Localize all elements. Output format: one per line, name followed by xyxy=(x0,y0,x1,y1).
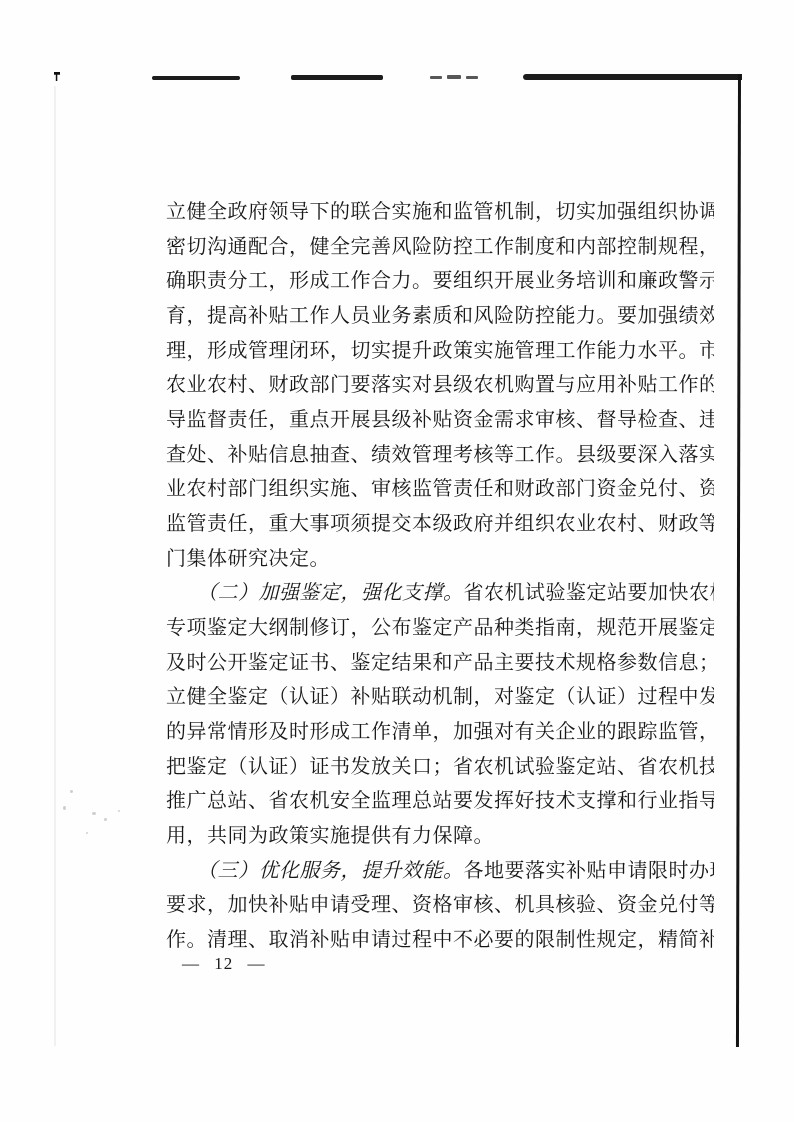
document-body: 立健全政府领导下的联合实施和监管机制，切实加强组织协调，密切沟通配合，健全完善风… xyxy=(166,195,714,958)
text-line: 立健全鉴定（认证）补贴联动机制，对鉴定（认证）过程中发现 xyxy=(166,680,714,715)
text-line: 导监督责任，重点开展县级补贴资金需求审核、督导检查、违规 xyxy=(166,403,714,438)
scan-left-edge-shade xyxy=(54,86,56,1046)
text-line: 用，共同为政策实施提供有力保障。 xyxy=(166,819,714,854)
scanned-document-page: 立健全政府领导下的联合实施和监管机制，切实加强组织协调，密切沟通配合，健全完善风… xyxy=(0,0,794,1122)
text-line: 专项鉴定大纲制修订，公布鉴定产品种类指南，规范开展鉴定， xyxy=(166,611,714,646)
scan-speckle xyxy=(92,812,96,815)
scan-artifact-dash xyxy=(447,75,461,79)
scan-artifact-dash xyxy=(430,76,442,79)
scan-speckle xyxy=(118,810,120,812)
text-line: 理，形成管理闭环，切实提升政策实施管理工作能力水平。市级 xyxy=(166,334,714,369)
text-line: 门集体研究决定。 xyxy=(166,542,714,577)
text-line: 立健全政府领导下的联合实施和监管机制，切实加强组织协调， xyxy=(166,195,714,230)
text-line: 育，提高补贴工作人员业务素质和风险防控能力。要加强绩效管 xyxy=(166,299,714,334)
text-line: 的异常情形及时形成工作清单，加强对有关企业的跟踪监管，严 xyxy=(166,715,714,750)
text-line: 确职责分工，形成工作合力。要组织开展业务培训和廉政警示教 xyxy=(166,264,714,299)
scan-artifact-dash xyxy=(466,76,478,79)
text-line: 农业农村、财政部门要落实对县级农机购置与应用补贴工作的指 xyxy=(166,368,714,403)
text-line: 查处、补贴信息抽查、绩效管理考核等工作。县级要深入落实农 xyxy=(166,438,714,473)
text-line: 监管责任，重大事项须提交本级政府并组织农业农村、财政等部 xyxy=(166,507,714,542)
paragraph-lead: （二）加强鉴定，强化支撑。 xyxy=(197,582,464,604)
scan-speckle xyxy=(70,790,73,793)
text-line: 要求，加快补贴申请受理、资格审核、机具核验、资金兑付等工 xyxy=(166,888,714,923)
text-line: （二）加强鉴定，强化支撑。省农机试验鉴定站要加快农机 xyxy=(166,576,714,611)
text-line: 及时公开鉴定证书、鉴定结果和产品主要技术规格参数信息；建 xyxy=(166,646,714,681)
scan-artifact-bar-middle xyxy=(291,75,383,80)
text-line: 业农村部门组织实施、审核监管责任和财政部门资金兑付、资金 xyxy=(166,472,714,507)
scan-speckle xyxy=(63,806,66,810)
scan-artifact-bar-left xyxy=(152,76,240,80)
page-number: — 12 — xyxy=(182,953,266,975)
scan-corner-mark xyxy=(54,72,60,81)
paragraph-lead: （三）优化服务，提升效能。 xyxy=(197,860,464,882)
scan-speckle xyxy=(86,832,88,834)
text-line: 把鉴定（认证）证书发放关口；省农机试验鉴定站、省农机技术 xyxy=(166,750,714,785)
text-line: 密切沟通配合，健全完善风险防控工作制度和内部控制规程，明 xyxy=(166,230,714,265)
scan-speckle xyxy=(104,818,107,821)
scan-artifact-bar-right xyxy=(523,74,742,80)
text-line: 推广总站、省农机安全监理总站要发挥好技术支撑和行业指导作 xyxy=(166,784,714,819)
scan-page-edge-line xyxy=(736,74,741,1047)
text-line: （三）优化服务，提升效能。各地要落实补贴申请限时办理 xyxy=(166,854,714,889)
